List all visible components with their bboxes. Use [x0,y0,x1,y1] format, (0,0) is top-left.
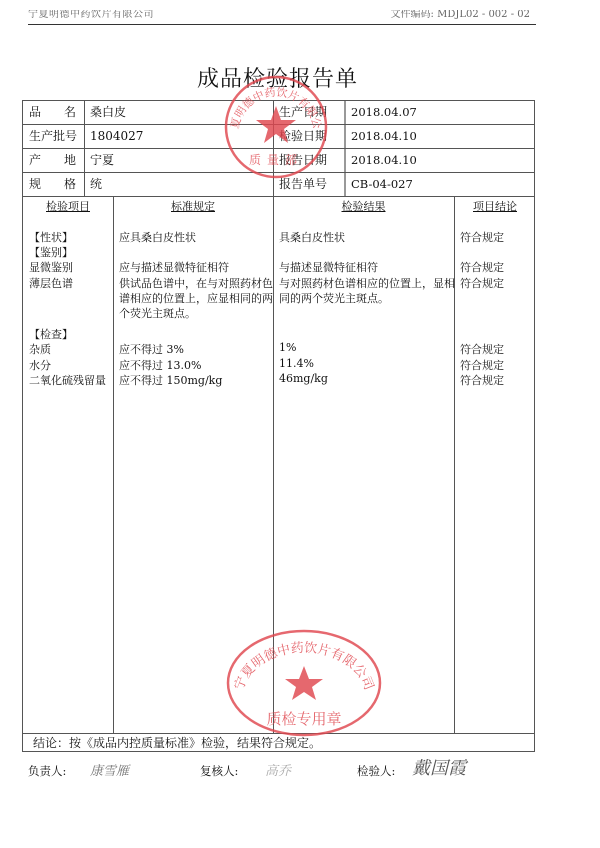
result-standard: 应与描述显微特征相符 [119,259,229,275]
result-item: 薄层色谱 [29,275,73,291]
result-standard: 谱相应的位置上，应显相同的两 [119,290,273,306]
info-label: 报告日期 [273,149,344,172]
info-row: 规格统报告单号CB-04-027 [23,173,534,197]
result-conclusion: 符合规定 [460,259,504,275]
inspection-report-table: 品名桑白皮生产日期2018.04.07生产批号1804027检验日期2018.0… [22,100,535,752]
info-value: 桑白皮 [84,101,274,124]
result-result: 1% [279,341,296,354]
page-title: 成品检验报告单 [0,62,600,93]
reviewer-label: 复核人: [200,763,238,779]
result-standard: 供试品色谱中，在与对照药材色 [119,275,273,291]
result-standard: 应不得过 13.0% [119,357,201,373]
result-standard: 应不得过 3% [119,341,184,357]
result-item: 【检查】 [29,326,73,342]
info-row: 产地宁夏报告日期2018.04.10 [23,149,534,173]
info-row: 生产批号1804027检验日期2018.04.10 [23,125,534,149]
col-result: 检验结果 [273,197,454,214]
result-standard: 应具桑白皮性状 [119,229,196,245]
result-result: 与对照药材色谱相应的位置上，显相 [279,275,455,291]
result-item: 【性状】 [29,229,73,245]
reviewer-signature: 高乔 [265,760,291,779]
result-result: 46mg/kg [279,372,328,385]
responsible-label: 负责人: [28,763,66,779]
company-name: 宁夏明德中药饮片有限公司 [28,10,154,20]
result-item: 水分 [29,357,51,373]
result-result: 同的两个荧光主斑点。 [279,290,389,306]
result-conclusion: 符合规定 [460,341,504,357]
result-conclusion: 符合规定 [460,275,504,291]
info-value: CB-04-027 [345,173,535,196]
result-conclusion: 符合规定 [460,357,504,373]
header-item: 检验项目 [23,199,113,214]
result-item: 二氧化硫残留量 [29,372,106,388]
info-label: 生产日期 [273,101,344,124]
page-header: 宁夏明德中药饮片有限公司 文件编码: MDJL02 - 002 - 02 [28,10,536,25]
col-standard: 标准规定 [113,197,273,214]
info-value: 统 [84,173,274,196]
header-standard: 标准规定 [113,199,273,214]
info-label: 产地 [23,149,84,172]
result-result: 11.4% [279,357,314,370]
result-standard: 应不得过 150mg/kg [119,372,222,388]
info-value: 宁夏 [84,149,274,172]
header-conclusion: 项目结论 [454,199,536,214]
inspector-label: 检验人: [357,763,395,779]
result-item: 显微鉴别 [29,259,73,275]
col-item: 检验项目 [23,197,113,214]
conclusion-text: 结论：按《成品内控质量标准》检验，结果符合规定。 [23,733,534,752]
info-row: 品名桑白皮生产日期2018.04.07 [23,101,534,125]
inspector-signature: 戴国霞 [412,754,466,780]
info-label: 报告单号 [273,173,344,196]
result-item: 【鉴别】 [29,244,73,260]
result-conclusion: 符合规定 [460,372,504,388]
document-code: 文件编码: MDJL02 - 002 - 02 [391,10,530,20]
info-label: 规格 [23,173,84,196]
result-result: 与描述显微特征相符 [279,259,378,275]
info-label: 生产批号 [23,125,84,148]
result-result: 具桑白皮性状 [279,229,345,245]
result-standard: 个荧光主斑点。 [119,305,196,321]
result-item: 杂质 [29,341,51,357]
header-result: 检验结果 [273,199,454,214]
info-value: 2018.04.10 [345,125,535,148]
info-label: 品名 [23,101,84,124]
col-conclusion: 项目结论 [454,197,536,214]
info-value: 2018.04.10 [345,149,535,172]
result-conclusion: 符合规定 [460,229,504,245]
responsible-signature: 康雪雁 [90,760,129,779]
info-value: 2018.04.07 [345,101,535,124]
info-label: 检验日期 [273,125,344,148]
results-section: 检验项目 标准规定 检验结果 项目结论 【性状】应具桑白皮性状具桑白皮性状符合规… [23,197,534,733]
info-value: 1804027 [84,125,274,148]
